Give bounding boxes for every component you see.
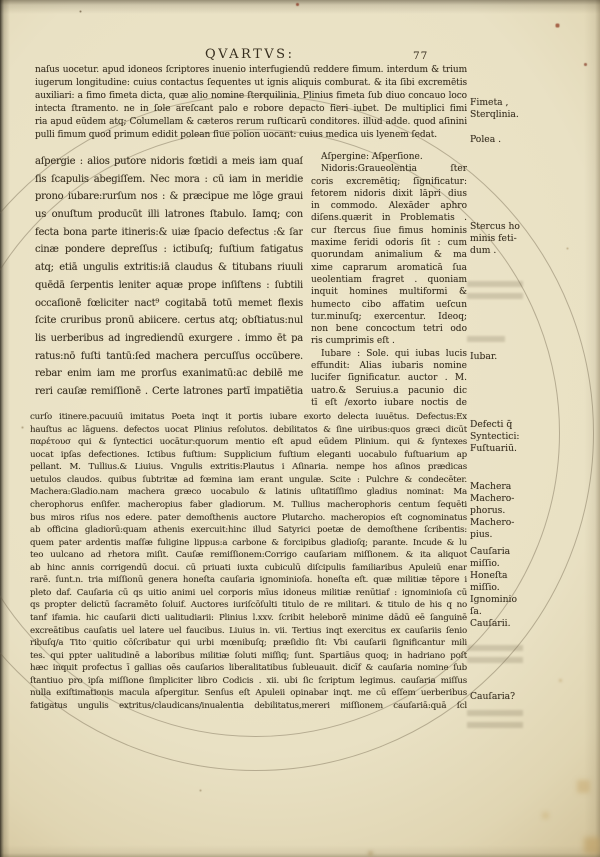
text-line: phorus. bbox=[470, 505, 575, 517]
text-line: Machero- bbox=[470, 493, 575, 505]
text-line: miſſio. bbox=[470, 582, 575, 594]
margin-note-causaria: Cauſaria? bbox=[470, 691, 575, 703]
text-line: Machera bbox=[470, 481, 575, 493]
text-line: dum . bbox=[470, 245, 575, 257]
margin-notes: Fimeta ,Sterqlinia. Polea . Stercus homi… bbox=[0, 0, 600, 857]
text-line: Cauſarii. bbox=[470, 618, 575, 630]
margin-note-iubar: Iubar. bbox=[470, 351, 575, 363]
margin-note-stercus: Stercus hominis feti-dum . bbox=[470, 221, 575, 257]
text-line: pius. bbox=[470, 529, 575, 541]
margin-note-fimeta: Fimeta ,Sterqlinia. bbox=[470, 97, 575, 121]
text-line: Fimeta , bbox=[470, 97, 575, 109]
text-line: Fuſtuariū. bbox=[470, 443, 575, 455]
text-line: Iubar. bbox=[470, 351, 575, 363]
page-scan: QVARTVS: 77 naſus uocetur. apud idoneos … bbox=[0, 0, 600, 857]
margin-note-causaria-missio: Cauſariamiſſio.Honeſtamiſſio.Ignominioſa… bbox=[470, 546, 575, 630]
text-line: Sterqlinia. bbox=[470, 109, 575, 121]
text-line: Syntectici: bbox=[470, 431, 575, 443]
text-line: Defecti q̄ bbox=[470, 419, 575, 431]
text-line: Cauſaria? bbox=[470, 691, 575, 703]
text-line: Ignominio bbox=[470, 594, 575, 606]
text-line: Stercus ho bbox=[470, 221, 575, 233]
margin-note-machera: MacheraMachero-phorus.Machero-pius. bbox=[470, 481, 575, 541]
text-line: Machero- bbox=[470, 517, 575, 529]
text-line: Cauſaria bbox=[470, 546, 575, 558]
text-line: minis feti- bbox=[470, 233, 575, 245]
margin-note-polea: Polea . bbox=[470, 134, 575, 146]
text-line: Polea . bbox=[470, 134, 575, 146]
text-line: miſſio. bbox=[470, 558, 575, 570]
margin-note-defecti: Defecti q̄Syntectici:Fuſtuariū. bbox=[470, 419, 575, 455]
text-line: Honeſta bbox=[470, 570, 575, 582]
text-line: ſa. bbox=[470, 606, 575, 618]
